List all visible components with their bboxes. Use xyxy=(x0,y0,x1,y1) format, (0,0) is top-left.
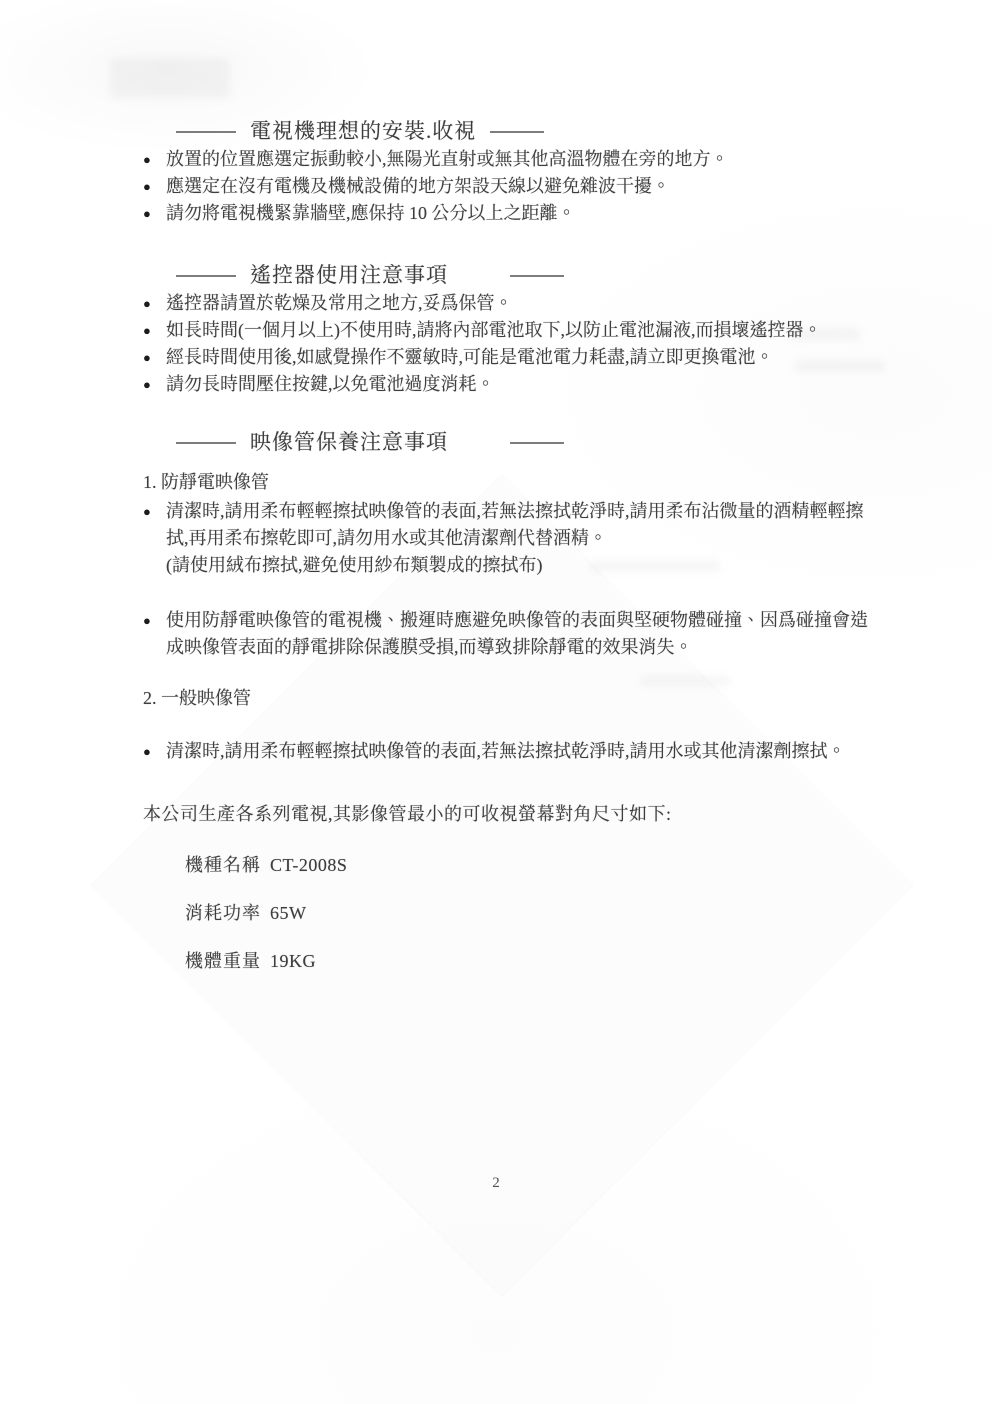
bullet-text: 應選定在沒有電機及機械設備的地方架設天線以避免雜波干擾。 xyxy=(166,173,670,200)
section-title-remote: 遙控器使用注意事項 xyxy=(176,261,891,290)
list-item: ● 應選定在沒有電機及機械設備的地方架設天線以避免雜波干擾。 xyxy=(143,173,891,200)
general-crt-bullet-list: ● 清潔時,請用柔布輕輕擦拭映像管的表面,若無法擦拭乾淨時,請用水或其他清潔劑擦… xyxy=(143,738,891,765)
page-number: 2 xyxy=(0,1170,992,1197)
section-title-crt-care: 映像管保養注意事項 xyxy=(176,428,891,457)
bullet-icon: ● xyxy=(143,173,166,200)
bullet-icon: ● xyxy=(143,738,166,765)
bullet-text: 如長時間(一個月以上)不使用時,請將內部電池取下,以防止電池漏液,而損壞遙控器。 xyxy=(166,317,822,344)
title-rule-right xyxy=(490,131,544,133)
bullet-icon: ● xyxy=(143,290,166,317)
manual-page: 電視機理想的安裝.收視 ● 放置的位置應選定振動較小,無陽光直射或無其他高溫物體… xyxy=(0,0,992,1404)
list-item: ● 清潔時,請用柔布輕輕擦拭映像管的表面,若無法擦拭乾淨時,請用柔布沾微量的酒精… xyxy=(143,498,891,579)
numbered-heading-antistatic-crt: 1. 防靜電映像管 xyxy=(143,469,891,496)
section-title-text: 電視機理想的安裝.收視 xyxy=(250,117,476,146)
list-item: ● 使用防靜電映像管的電視機、搬運時應避免映像管的表面與堅硬物體碰撞、因爲碰撞會… xyxy=(143,607,891,661)
page-content: 電視機理想的安裝.收視 ● 放置的位置應選定振動較小,無陽光直射或無其他高溫物體… xyxy=(143,0,891,996)
list-item: ● 請勿長時間壓住按鍵,以免電池過度消耗。 xyxy=(143,371,891,398)
list-item: ● 請勿將電視機緊靠牆壁,應保持 10 公分以上之距離。 xyxy=(143,200,891,227)
title-rule-left xyxy=(176,275,236,277)
bullet-text: 清潔時,請用柔布輕輕擦拭映像管的表面,若無法擦拭乾淨時,請用柔布沾微量的酒精輕輕… xyxy=(166,501,864,548)
bullet-text: 經長時間使用後,如感覺操作不靈敏時,可能是電池電力耗盡,請立即更換電池。 xyxy=(166,344,774,371)
installation-bullet-list: ● 放置的位置應選定振動較小,無陽光直射或無其他高溫物體在旁的地方。 ● 應選定… xyxy=(143,146,891,227)
bullet-icon: ● xyxy=(143,146,166,173)
title-rule-right xyxy=(510,275,564,277)
bullet-text-group: 清潔時,請用柔布輕輕擦拭映像管的表面,若無法擦拭乾淨時,請用柔布沾微量的酒精輕輕… xyxy=(166,498,882,579)
spec-row-power: 消耗功率 65W xyxy=(185,900,891,927)
bullet-icon: ● xyxy=(143,498,166,525)
bullet-note: (請使用絨布擦拭,避免使用紗布類製成的擦拭布) xyxy=(166,555,543,575)
title-rule-right xyxy=(510,442,564,444)
section-title-text: 遙控器使用注意事項 xyxy=(250,261,448,290)
list-item: ● 如長時間(一個月以上)不使用時,請將內部電池取下,以防止電池漏液,而損壞遙控… xyxy=(143,317,891,344)
list-item: ● 經長時間使用後,如感覺操作不靈敏時,可能是電池電力耗盡,請立即更換電池。 xyxy=(143,344,891,371)
title-rule-left xyxy=(176,442,236,444)
list-item: ● 遙控器請置於乾燥及常用之地方,妥爲保管。 xyxy=(143,290,891,317)
bullet-icon: ● xyxy=(143,317,166,344)
numbered-heading-general-crt: 2. 一般映像管 xyxy=(143,685,891,712)
spec-label: 消耗功率 xyxy=(185,900,261,927)
spec-row-weight: 機體重量 19KG xyxy=(185,948,891,975)
spec-label: 機體重量 xyxy=(185,948,261,975)
section-title-installation: 電視機理想的安裝.收視 xyxy=(176,117,891,146)
section-title-text: 映像管保養注意事項 xyxy=(250,428,448,457)
bullet-icon: ● xyxy=(143,371,166,398)
spec-value: CT-2008S xyxy=(270,852,347,879)
list-item: ● 清潔時,請用柔布輕輕擦拭映像管的表面,若無法擦拭乾淨時,請用水或其他清潔劑擦… xyxy=(143,738,891,765)
bullet-text: 請勿長時間壓住按鍵,以免電池過度消耗。 xyxy=(166,371,495,398)
spec-value: 19KG xyxy=(270,948,316,975)
bullet-icon: ● xyxy=(143,607,166,634)
spec-value: 65W xyxy=(270,900,307,927)
spec-list: 機種名稱 CT-2008S 消耗功率 65W 機體重量 19KG xyxy=(185,852,891,975)
spec-row-model: 機種名稱 CT-2008S xyxy=(185,852,891,879)
title-rule-left xyxy=(176,131,236,133)
bullet-icon: ● xyxy=(143,200,166,227)
bullet-text: 請勿將電視機緊靠牆壁,應保持 10 公分以上之距離。 xyxy=(166,200,576,227)
spec-intro-paragraph: 本公司生產各系列電視,其影像管最小的可收視螢幕對角尺寸如下: xyxy=(143,801,891,828)
remote-bullet-list: ● 遙控器請置於乾燥及常用之地方,妥爲保管。 ● 如長時間(一個月以上)不使用時… xyxy=(143,290,891,398)
list-item: ● 放置的位置應選定振動較小,無陽光直射或無其他高溫物體在旁的地方。 xyxy=(143,146,891,173)
bullet-text: 遙控器請置於乾燥及常用之地方,妥爲保管。 xyxy=(166,290,513,317)
bullet-icon: ● xyxy=(143,344,166,371)
bullet-text: 清潔時,請用柔布輕輕擦拭映像管的表面,若無法擦拭乾淨時,請用水或其他清潔劑擦拭。 xyxy=(166,738,846,765)
bullet-text: 使用防靜電映像管的電視機、搬運時應避免映像管的表面與堅硬物體碰撞、因爲碰撞會造成… xyxy=(166,607,882,661)
spec-label: 機種名稱 xyxy=(185,852,261,879)
bullet-text: 放置的位置應選定振動較小,無陽光直射或無其他高溫物體在旁的地方。 xyxy=(166,146,729,173)
crt-care-bullet-list: ● 清潔時,請用柔布輕輕擦拭映像管的表面,若無法擦拭乾淨時,請用柔布沾微量的酒精… xyxy=(143,498,891,661)
